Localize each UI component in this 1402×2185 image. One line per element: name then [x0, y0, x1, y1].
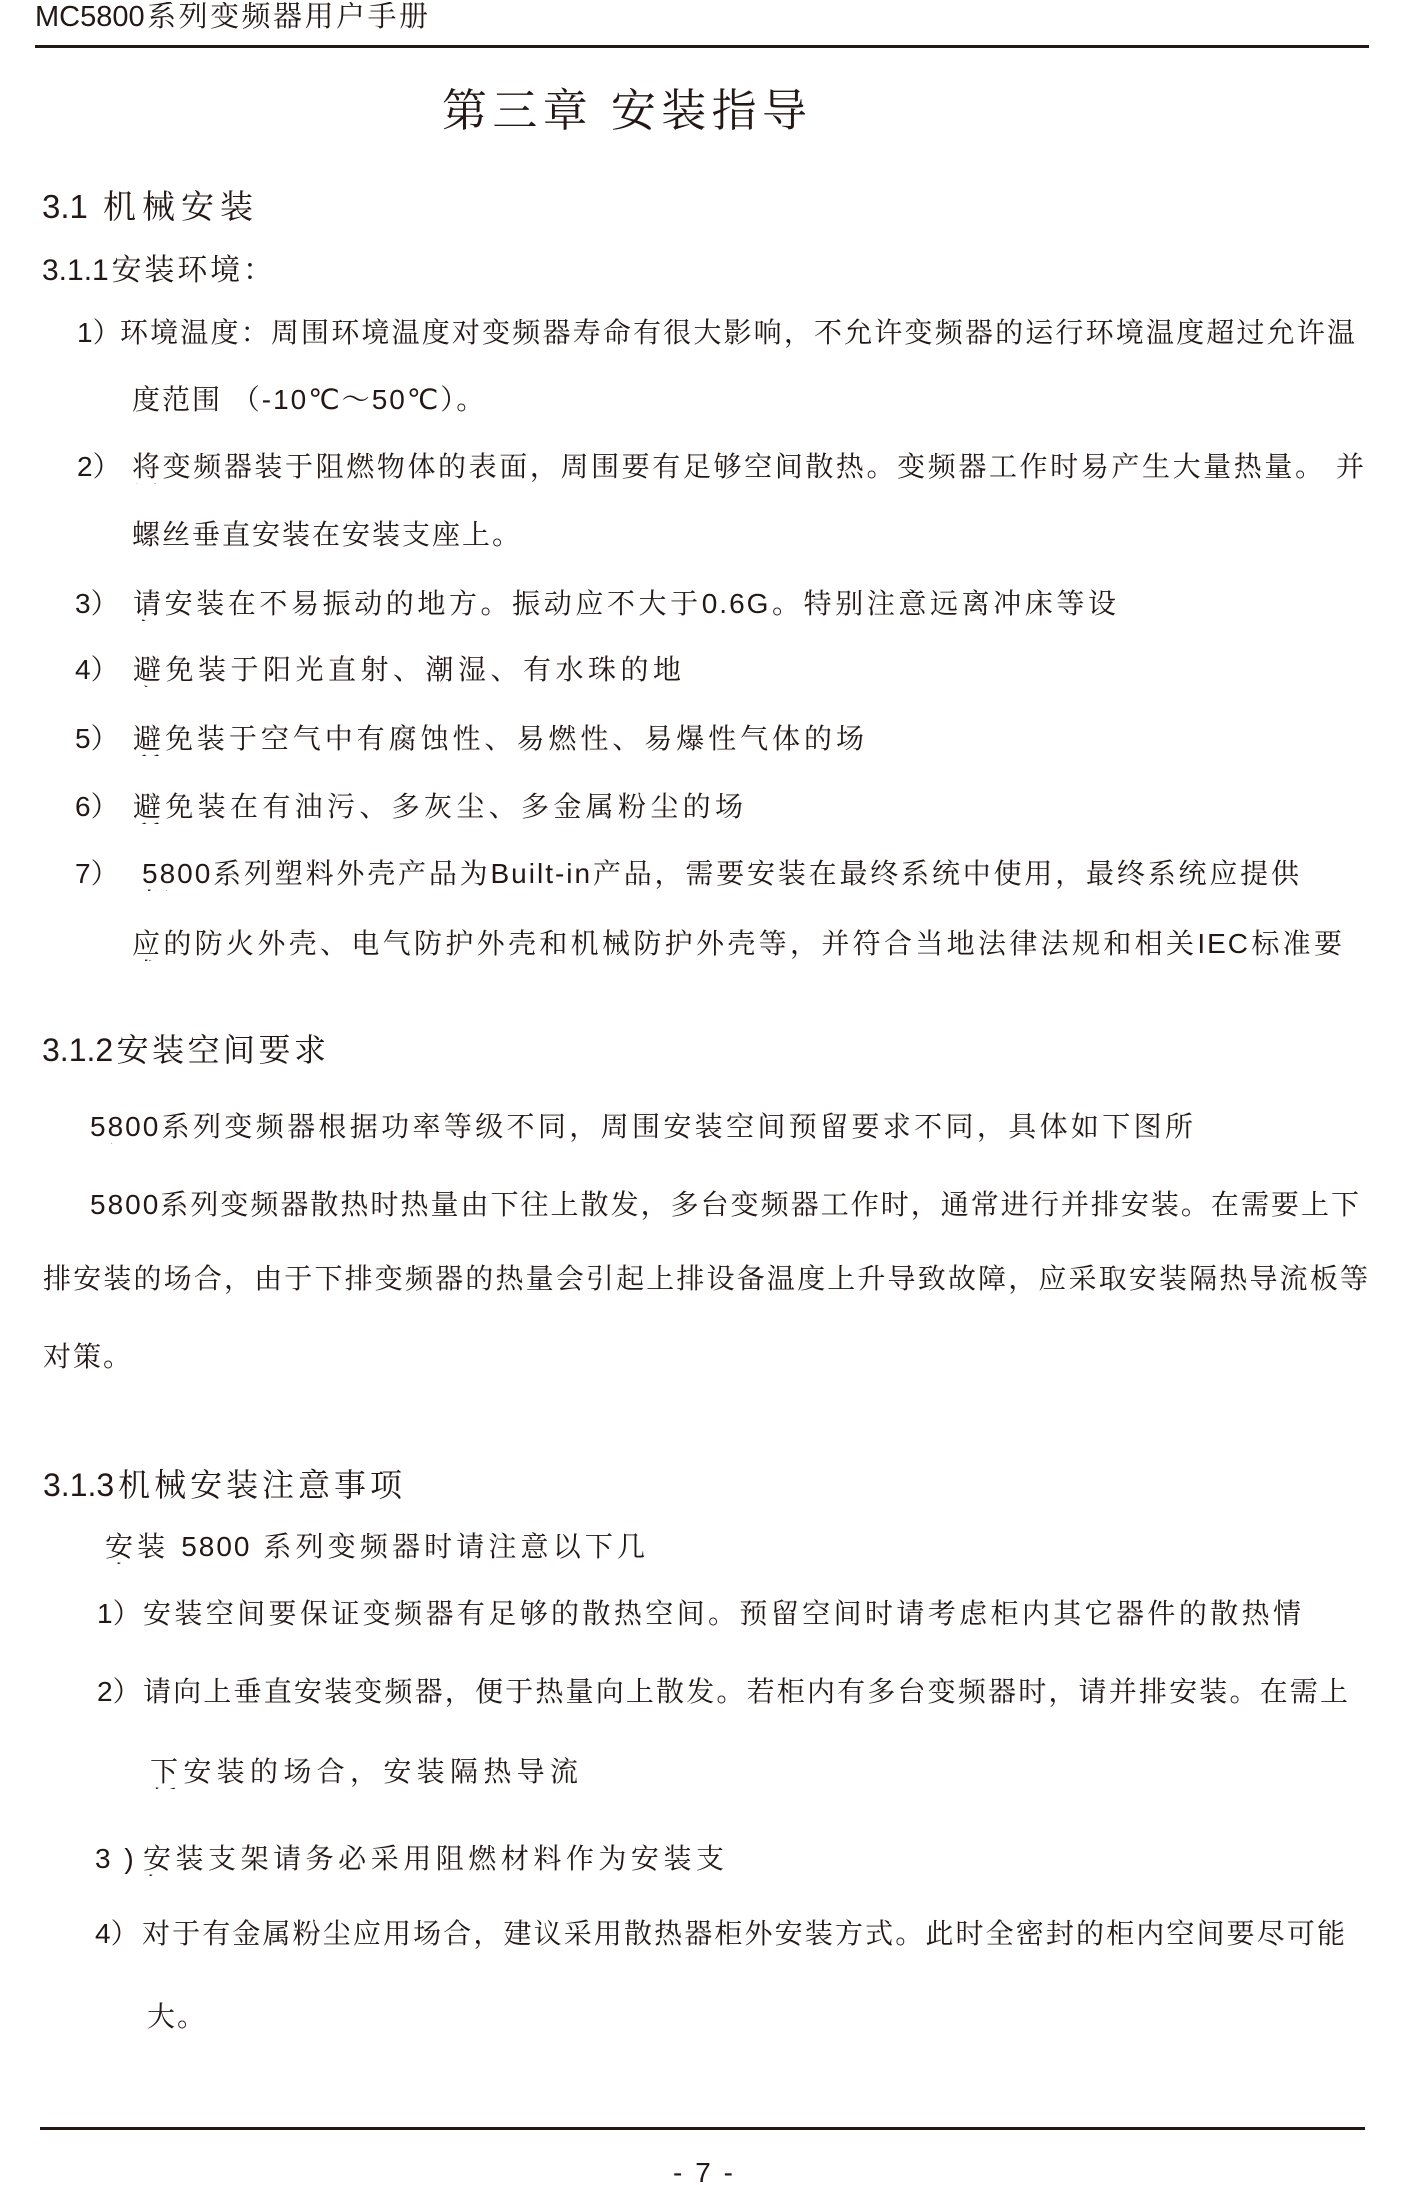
list-item-line: 螺丝垂直安装在安装支座上。 [132, 520, 522, 550]
list-marker: 3 ) [95, 1844, 137, 1874]
list-item-line: 请安装在不易振动的地方。振动应不大于0.6G。特别注意远离冲床等设备。 [133, 589, 1118, 621]
footer-rule [40, 2127, 1365, 2130]
section-heading-3-1-1: 3.1.1安装环境： [42, 254, 273, 290]
list-marker: 2） [97, 1677, 141, 1707]
list-marker: 2） [77, 452, 121, 482]
list-item-line: 下安装的场合，安装隔热导流板。 [150, 1757, 580, 1789]
chapter-title: 第三章 安装指导 [442, 86, 807, 138]
page-number: - 7 - [673, 2158, 733, 2185]
intro-line: 安装 5800 系列变频器时请注意以下几点： [105, 1532, 647, 1564]
list-marker: 5） [75, 724, 119, 754]
list-item-line: 环境温度：周围环境温度对变频器寿命有很大影响，不允许变频器的运行环境温度超过允许… [120, 318, 1357, 350]
list-marker: 4） [75, 655, 119, 685]
list-marker: 1） [97, 1599, 141, 1629]
list-item-line: 应的防火外壳、电气防护外壳和机械防护外壳等，并符合当地法律法规和相关IEC标准要… [132, 929, 1344, 961]
list-item-line: 安装空间要保证变频器有足够的散热空间。预留空间时请考虑柜内其它器件的散热情况。 [143, 1599, 1303, 1631]
list-item-line: 安装支架请务必采用阻燃材料作为安装支架。 [143, 1844, 726, 1876]
list-item-line: 对于有金属粉尘应用场合，建议采用散热器柜外安装方式。此时全密封的柜内空间要尽可能 [142, 1919, 1347, 1951]
list-marker: 7） [75, 859, 119, 889]
list-item-line: 避免装在有油污、多灰尘、多金属粉尘的场所。 [133, 792, 745, 824]
section-heading-3-1-2: 3.1.2安装空间要求 [42, 1033, 326, 1069]
list-item-line: 避免装于阳光直射、潮湿、有水珠的地方。 [133, 655, 683, 687]
list-marker: 3） [75, 589, 119, 619]
section-heading-3-1: 3.1 机械安装 [42, 189, 253, 227]
header-rule [35, 45, 1369, 48]
list-marker: 6） [75, 792, 119, 822]
paragraph-line: 5800系列变频器散热时热量由下往上散发，多台变频器工作时，通常进行并排安装。在… [90, 1190, 1361, 1222]
list-item-line: 5800系列塑料外壳产品为Built-in产品，需要安装在最终系统中使用，最终系… [142, 859, 1301, 891]
paragraph-line: 5800系列变频器根据功率等级不同，周围安装空间预留要求不同，具体如下图所示： [90, 1112, 1195, 1144]
list-item-line: 请向上垂直安装变频器，便于热量向上散发。若柜内有多台变频器时，请并排安装。在需上 [143, 1677, 1350, 1709]
list-marker: 4） [95, 1919, 139, 1949]
list-item-line: 避免装于空气中有腐蚀性、易燃性、易爆性气体的场所。 [133, 724, 866, 756]
list-marker: 1） [77, 318, 121, 348]
section-heading-3-1-3: 3.1.3机械安装注意事项 [43, 1468, 402, 1504]
running-header-title: MC5800系列变频器用户手册 [35, 2, 428, 34]
paragraph-line: 排安装的场合，由于下排变频器的热量会引起上排设备温度上升导致故障，应采取安装隔热… [43, 1264, 1370, 1296]
list-item-line: 度范围 （-10℃～50℃）。 [132, 385, 486, 415]
paragraph-line: 对策。 [43, 1342, 133, 1372]
list-item-line: 大。 [147, 2002, 207, 2032]
list-item-line: 将变频器装于阻燃物体的表面，周围要有足够空间散热。变频器工作时易产生大量热量。 … [132, 452, 1366, 484]
